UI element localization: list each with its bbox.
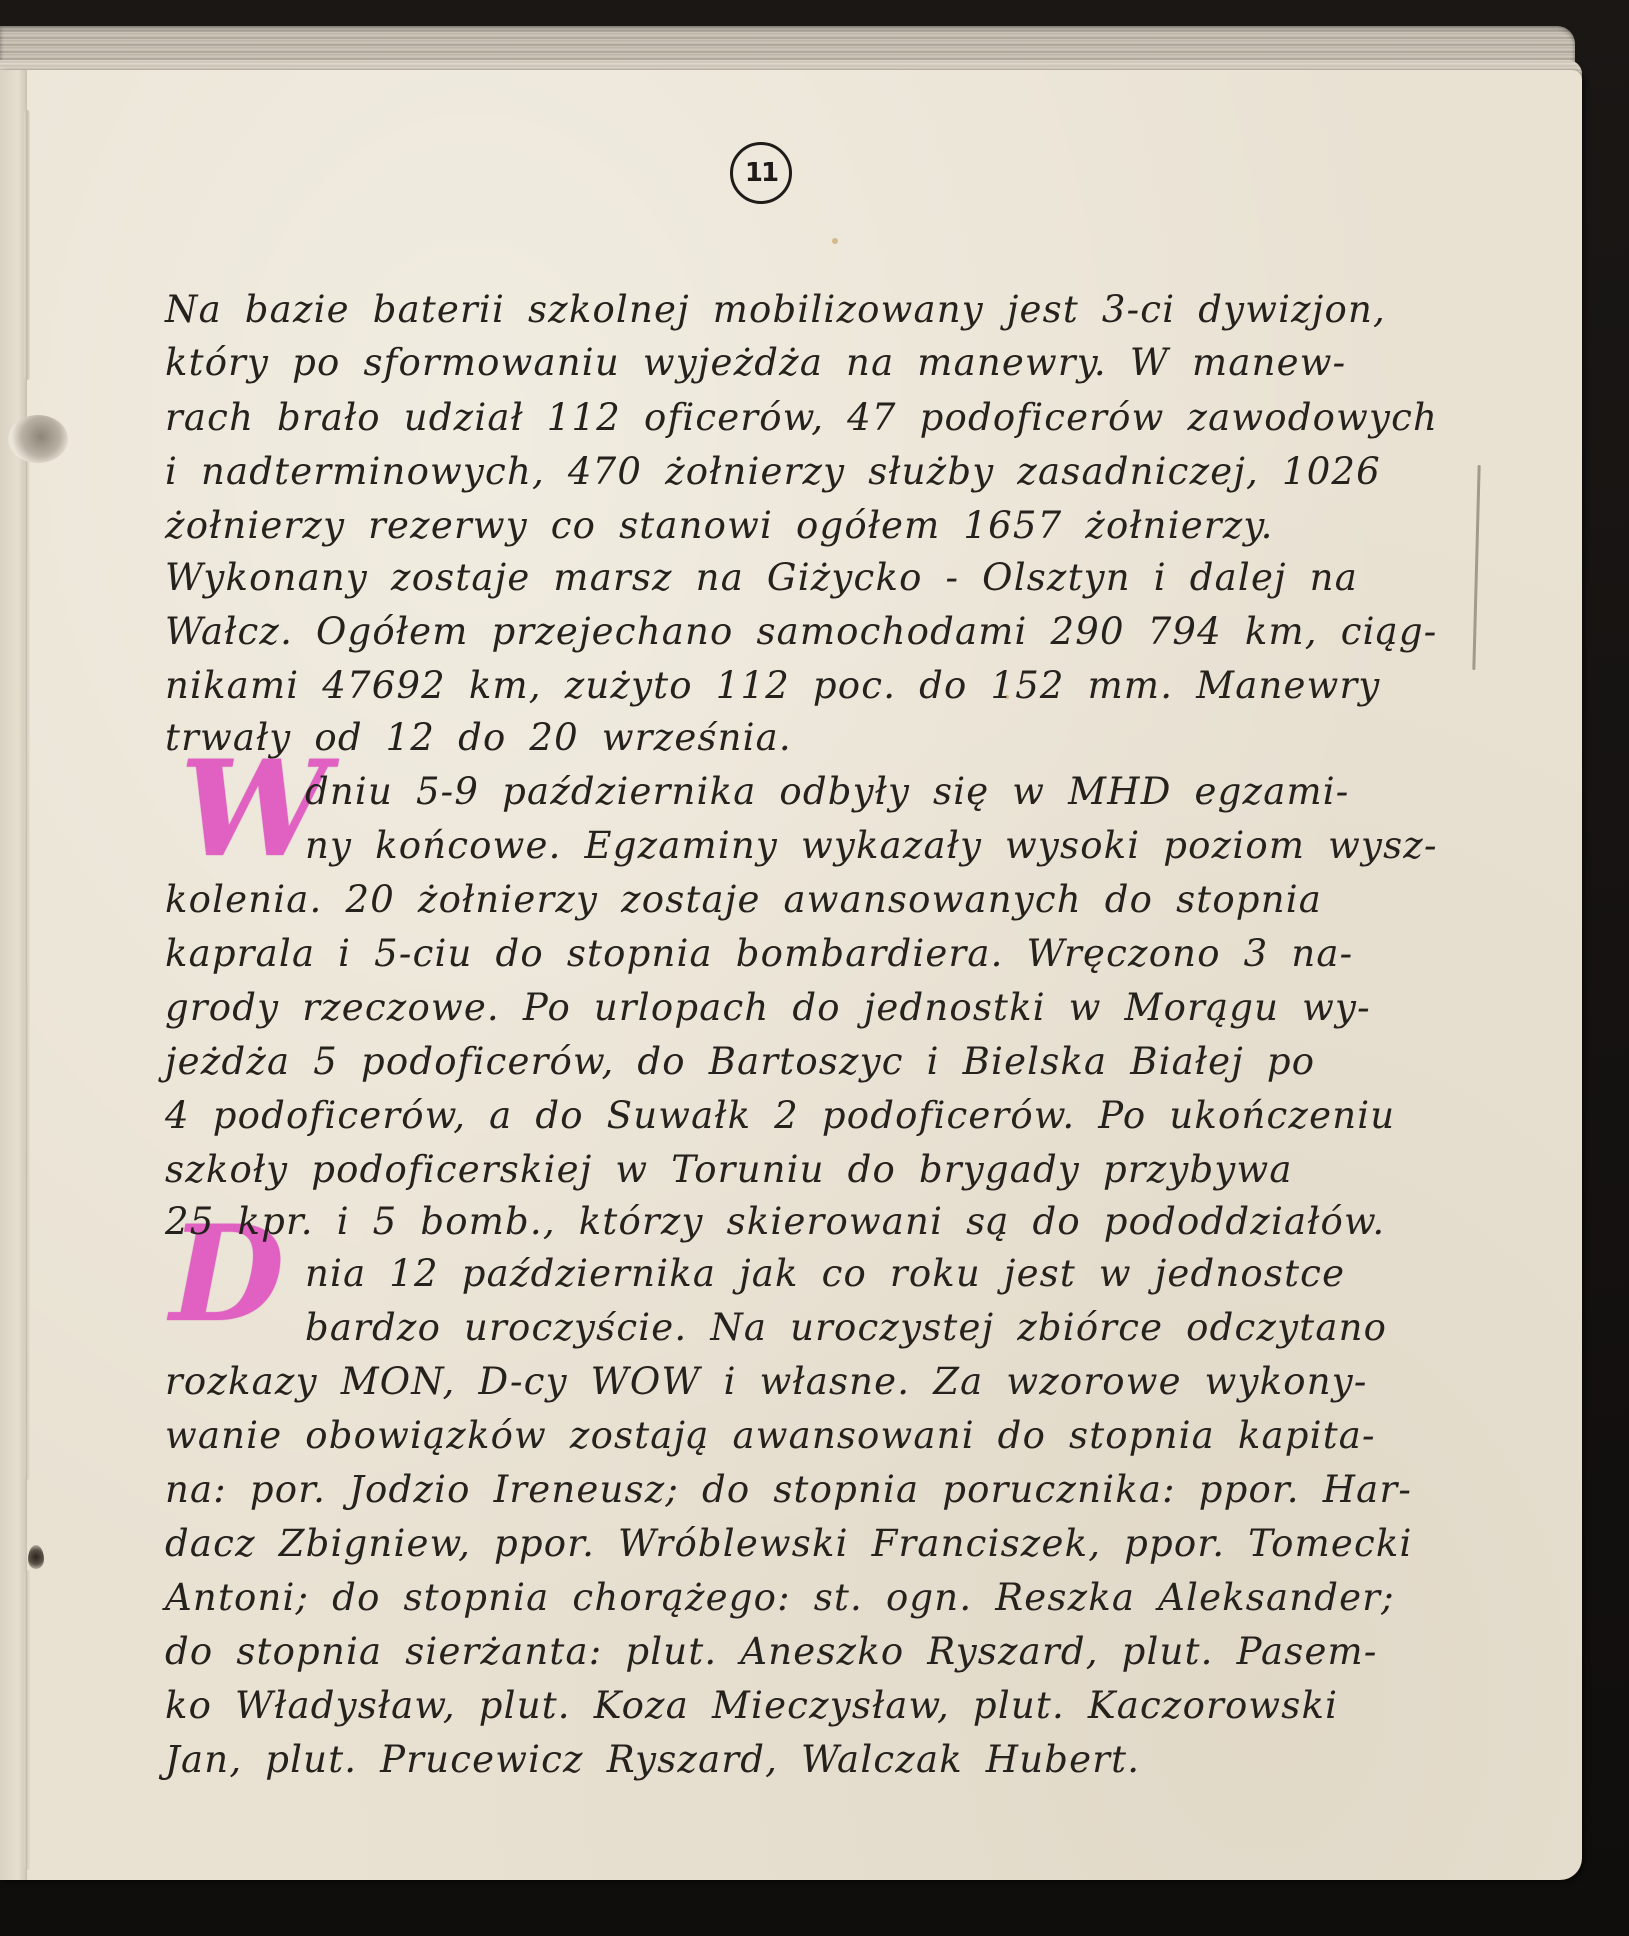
text-line: grody rzeczowe. Po urlopach do jednostki… xyxy=(165,986,1371,1029)
text-line: kaprala i 5-ciu do stopnia bombardiera. … xyxy=(165,932,1353,975)
text-line: kolenia. 20 żołnierzy zostaje awansowany… xyxy=(165,878,1322,921)
text-line: bardzo uroczyście. Na uroczystej zbiórce… xyxy=(305,1306,1387,1349)
binding-thread-top xyxy=(24,110,30,380)
text-line: Jan, plut. Prucewicz Ryszard, Walczak Hu… xyxy=(165,1738,1140,1781)
binding-hole-small-icon xyxy=(28,1545,44,1569)
text-line: rozkazy MON, D-cy WOW i własne. Za wzoro… xyxy=(165,1360,1368,1403)
text-line: 25 kpr. i 5 bomb., którzy skierowani są … xyxy=(165,1200,1385,1243)
text-line: wanie obowiązków zostają awansowani do s… xyxy=(165,1414,1376,1457)
text-line: dniu 5-9 października odbyły się w MHD e… xyxy=(305,770,1349,813)
scanned-notebook-page: 11 W D Na bazie baterii szkolnej mobiliz… xyxy=(0,0,1629,1936)
text-line: żołnierzy rezerwy co stanowi ogółem 1657… xyxy=(165,504,1274,547)
text-line: nikami 47692 km, zużyto 112 poc. do 152 … xyxy=(165,664,1380,707)
text-line: i nadterminowych, 470 żołnierzy służby z… xyxy=(165,450,1381,493)
text-line: trwały od 12 do 20 września. xyxy=(165,716,792,759)
text-line: Wykonany zostaje marsz na Giżycko - Olsz… xyxy=(165,556,1358,599)
text-line: rach brało udział 112 oficerów, 47 podof… xyxy=(165,396,1438,439)
binding-thread-middle xyxy=(24,450,30,1480)
text-line: na: por. Jodzio Ireneusz; do stopnia por… xyxy=(165,1468,1412,1511)
binding-strip xyxy=(0,70,27,1880)
text-line: jeżdża 5 podoficerów, do Bartoszyc i Bie… xyxy=(165,1040,1315,1083)
page-number: 11 xyxy=(745,158,777,188)
text-line: szkoły podoficerskiej w Toruniu do bryga… xyxy=(165,1148,1293,1191)
page-number-badge: 11 xyxy=(730,142,792,204)
text-line: ko Władysław, plut. Koza Mieczysław, plu… xyxy=(165,1684,1338,1727)
text-line: nia 12 października jak co roku jest w j… xyxy=(305,1252,1345,1295)
text-line: Na bazie baterii szkolnej mobilizowany j… xyxy=(165,288,1386,331)
text-line: Antoni; do stopnia chorążego: st. ogn. R… xyxy=(165,1576,1395,1619)
text-line: który po sformowaniu wyjeżdża na manewry… xyxy=(165,341,1346,384)
binding-hole-icon xyxy=(8,415,68,463)
binding-thread-bottom xyxy=(24,1570,30,1870)
text-line: dacz Zbigniew, ppor. Wróblewski Francisz… xyxy=(165,1522,1413,1565)
text-line: do stopnia sierżanta: plut. Aneszko Rysz… xyxy=(165,1630,1378,1673)
text-line: Wałcz. Ogółem przejechano samochodami 29… xyxy=(165,610,1438,653)
text-line: ny końcowe. Egzaminy wykazały wysoki poz… xyxy=(305,824,1438,867)
text-line: 4 podoficerów, a do Suwałk 2 podoficerów… xyxy=(165,1094,1395,1137)
paper-stain xyxy=(832,238,838,244)
